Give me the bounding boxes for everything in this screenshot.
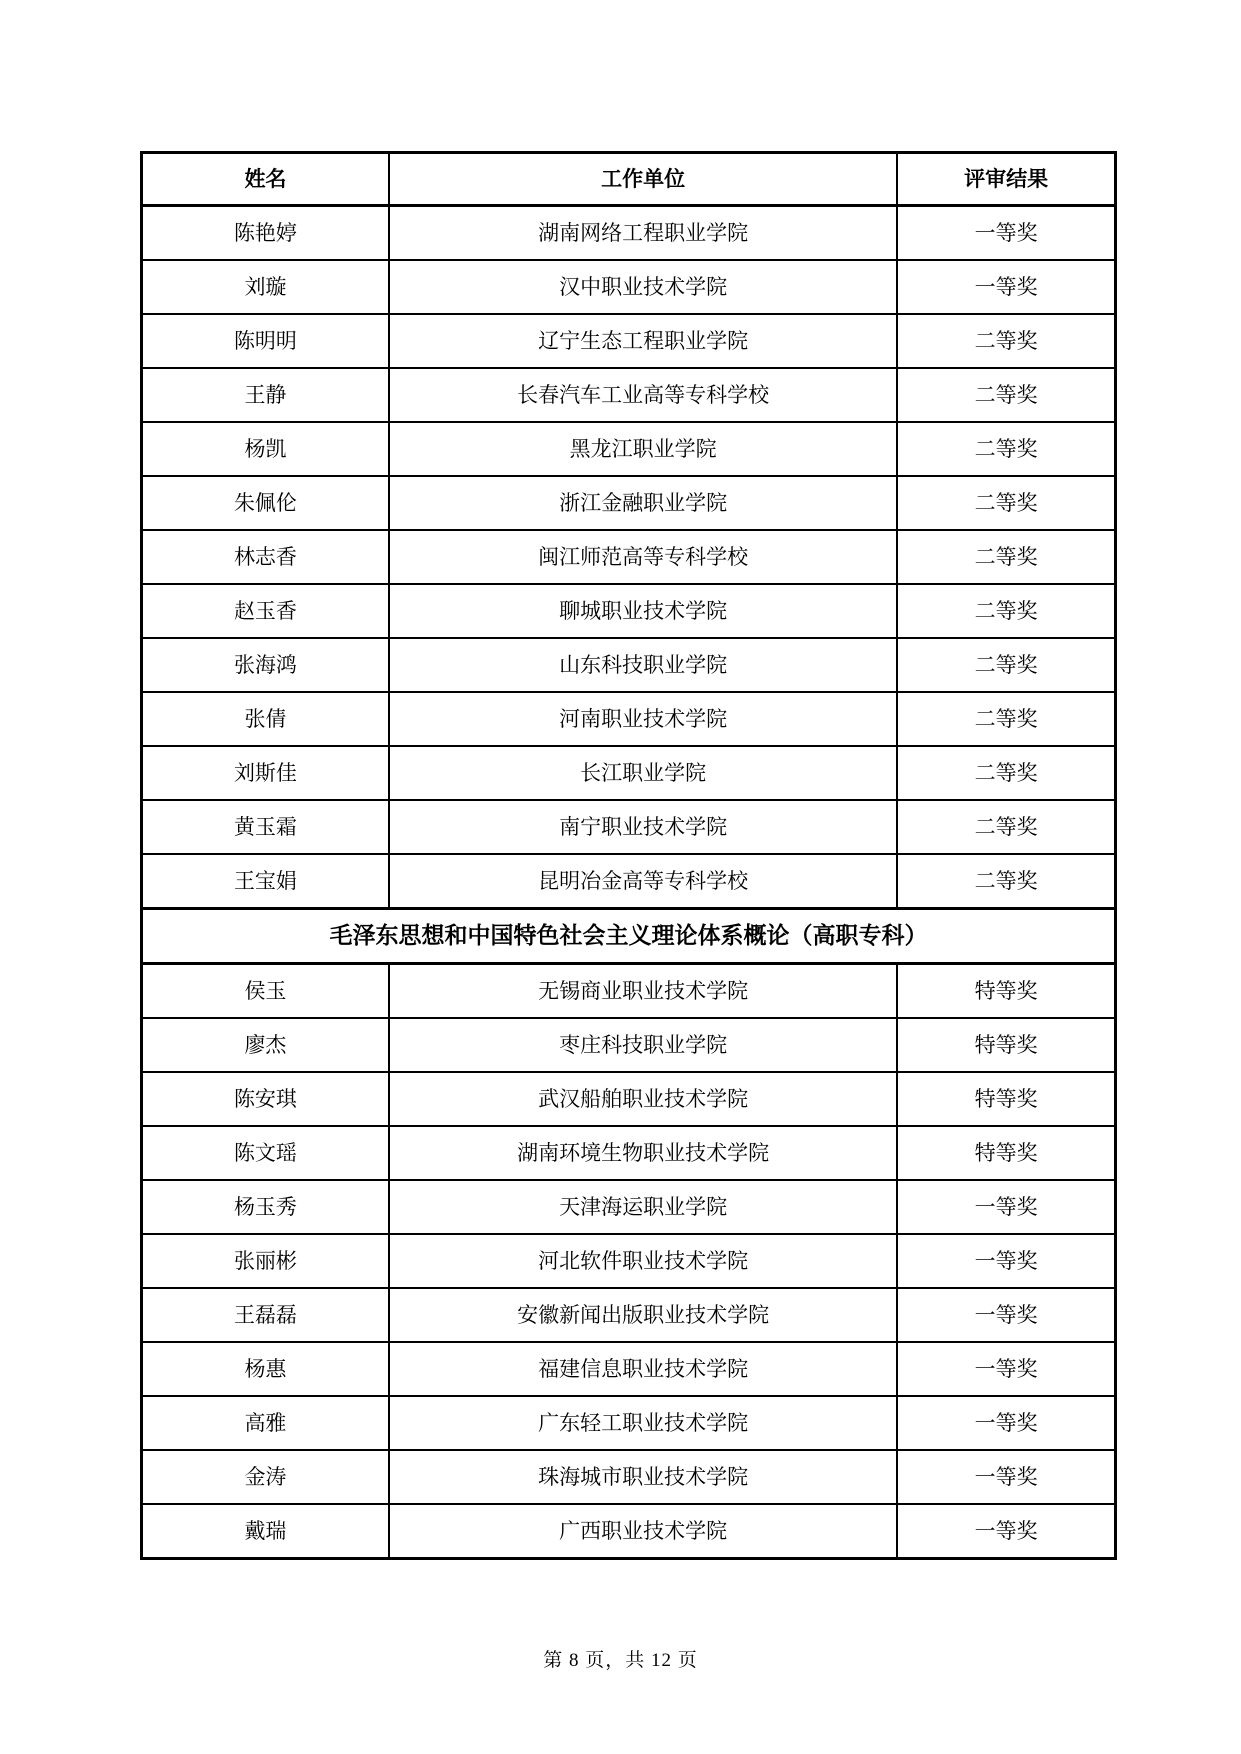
table-row: 陈明明辽宁生态工程职业学院二等奖 — [142, 314, 1116, 368]
document-page: 姓名 工作单位 评审结果 陈艳婷湖南网络工程职业学院一等奖刘璇汉中职业技术学院一… — [0, 0, 1241, 1754]
cell-review-result: 一等奖 — [897, 1396, 1115, 1450]
table-row: 杨凯黑龙江职业学院二等奖 — [142, 422, 1116, 476]
cell-name: 杨凯 — [142, 422, 389, 476]
cell-review-result: 一等奖 — [897, 1504, 1115, 1559]
cell-review-result: 二等奖 — [897, 854, 1115, 909]
cell-review-result: 一等奖 — [897, 1234, 1115, 1288]
cell-name: 张倩 — [142, 692, 389, 746]
cell-review-result: 二等奖 — [897, 692, 1115, 746]
cell-work-unit: 河南职业技术学院 — [389, 692, 897, 746]
column-header-review-result: 评审结果 — [897, 153, 1115, 206]
table-row: 王磊磊安徽新闻出版职业技术学院一等奖 — [142, 1288, 1116, 1342]
cell-name: 陈安琪 — [142, 1072, 389, 1126]
cell-work-unit: 辽宁生态工程职业学院 — [389, 314, 897, 368]
table-row: 赵玉香聊城职业技术学院二等奖 — [142, 584, 1116, 638]
table-row: 杨惠福建信息职业技术学院一等奖 — [142, 1342, 1116, 1396]
cell-name: 王宝娟 — [142, 854, 389, 909]
cell-name: 高雅 — [142, 1396, 389, 1450]
award-results-table: 姓名 工作单位 评审结果 陈艳婷湖南网络工程职业学院一等奖刘璇汉中职业技术学院一… — [140, 151, 1117, 1560]
cell-name: 陈艳婷 — [142, 206, 389, 261]
table-row: 刘斯佳长江职业学院二等奖 — [142, 746, 1116, 800]
cell-review-result: 一等奖 — [897, 1450, 1115, 1504]
cell-review-result: 特等奖 — [897, 1126, 1115, 1180]
cell-work-unit: 昆明冶金高等专科学校 — [389, 854, 897, 909]
cell-work-unit: 珠海城市职业技术学院 — [389, 1450, 897, 1504]
cell-name: 赵玉香 — [142, 584, 389, 638]
cell-review-result: 特等奖 — [897, 1072, 1115, 1126]
cell-review-result: 二等奖 — [897, 746, 1115, 800]
cell-work-unit: 湖南环境生物职业技术学院 — [389, 1126, 897, 1180]
table-row: 高雅广东轻工职业技术学院一等奖 — [142, 1396, 1116, 1450]
column-header-work-unit: 工作单位 — [389, 153, 897, 206]
cell-name: 王磊磊 — [142, 1288, 389, 1342]
cell-name: 王静 — [142, 368, 389, 422]
table-header-row: 姓名 工作单位 评审结果 — [142, 153, 1116, 206]
cell-name: 刘斯佳 — [142, 746, 389, 800]
cell-work-unit: 山东科技职业学院 — [389, 638, 897, 692]
cell-name: 杨惠 — [142, 1342, 389, 1396]
cell-name: 侯玉 — [142, 964, 389, 1019]
section-header-row: 毛泽东思想和中国特色社会主义理论体系概论（高职专科） — [142, 909, 1116, 964]
cell-work-unit: 长江职业学院 — [389, 746, 897, 800]
cell-review-result: 二等奖 — [897, 638, 1115, 692]
cell-review-result: 一等奖 — [897, 206, 1115, 261]
cell-work-unit: 天津海运职业学院 — [389, 1180, 897, 1234]
table-row: 张海鸿山东科技职业学院二等奖 — [142, 638, 1116, 692]
cell-name: 金涛 — [142, 1450, 389, 1504]
table-row: 张倩河南职业技术学院二等奖 — [142, 692, 1116, 746]
table-row: 戴瑞广西职业技术学院一等奖 — [142, 1504, 1116, 1559]
cell-work-unit: 闽江师范高等专科学校 — [389, 530, 897, 584]
cell-name: 廖杰 — [142, 1018, 389, 1072]
cell-review-result: 特等奖 — [897, 1018, 1115, 1072]
cell-review-result: 二等奖 — [897, 800, 1115, 854]
cell-work-unit: 长春汽车工业高等专科学校 — [389, 368, 897, 422]
cell-review-result: 二等奖 — [897, 476, 1115, 530]
table-row: 陈艳婷湖南网络工程职业学院一等奖 — [142, 206, 1116, 261]
cell-work-unit: 湖南网络工程职业学院 — [389, 206, 897, 261]
table-header: 姓名 工作单位 评审结果 — [142, 153, 1116, 206]
cell-name: 杨玉秀 — [142, 1180, 389, 1234]
table-row: 黄玉霜南宁职业技术学院二等奖 — [142, 800, 1116, 854]
cell-work-unit: 安徽新闻出版职业技术学院 — [389, 1288, 897, 1342]
cell-work-unit: 武汉船舶职业技术学院 — [389, 1072, 897, 1126]
table-row: 朱佩伦浙江金融职业学院二等奖 — [142, 476, 1116, 530]
cell-work-unit: 枣庄科技职业学院 — [389, 1018, 897, 1072]
cell-name: 张海鸿 — [142, 638, 389, 692]
cell-review-result: 二等奖 — [897, 314, 1115, 368]
table-row: 王静长春汽车工业高等专科学校二等奖 — [142, 368, 1116, 422]
cell-name: 刘璇 — [142, 260, 389, 314]
cell-review-result: 特等奖 — [897, 964, 1115, 1019]
cell-work-unit: 广西职业技术学院 — [389, 1504, 897, 1559]
cell-work-unit: 浙江金融职业学院 — [389, 476, 897, 530]
cell-name: 张丽彬 — [142, 1234, 389, 1288]
cell-name: 林志香 — [142, 530, 389, 584]
table-row: 王宝娟昆明冶金高等专科学校二等奖 — [142, 854, 1116, 909]
cell-review-result: 二等奖 — [897, 422, 1115, 476]
cell-work-unit: 聊城职业技术学院 — [389, 584, 897, 638]
cell-work-unit: 南宁职业技术学院 — [389, 800, 897, 854]
cell-work-unit: 广东轻工职业技术学院 — [389, 1396, 897, 1450]
cell-review-result: 二等奖 — [897, 530, 1115, 584]
cell-work-unit: 黑龙江职业学院 — [389, 422, 897, 476]
section-header-title: 毛泽东思想和中国特色社会主义理论体系概论（高职专科） — [142, 909, 1116, 964]
table-row: 林志香闽江师范高等专科学校二等奖 — [142, 530, 1116, 584]
cell-review-result: 一等奖 — [897, 1342, 1115, 1396]
table-row: 刘璇汉中职业技术学院一等奖 — [142, 260, 1116, 314]
cell-review-result: 一等奖 — [897, 1288, 1115, 1342]
table-row: 张丽彬河北软件职业技术学院一等奖 — [142, 1234, 1116, 1288]
page-footer: 第 8 页，共 12 页 — [0, 1645, 1241, 1672]
table-body: 陈艳婷湖南网络工程职业学院一等奖刘璇汉中职业技术学院一等奖陈明明辽宁生态工程职业… — [142, 206, 1116, 1559]
column-header-name: 姓名 — [142, 153, 389, 206]
cell-name: 陈明明 — [142, 314, 389, 368]
cell-name: 陈文瑶 — [142, 1126, 389, 1180]
cell-review-result: 一等奖 — [897, 1180, 1115, 1234]
cell-work-unit: 汉中职业技术学院 — [389, 260, 897, 314]
table-row: 侯玉无锡商业职业技术学院特等奖 — [142, 964, 1116, 1019]
table-row: 廖杰枣庄科技职业学院特等奖 — [142, 1018, 1116, 1072]
table-row: 陈安琪武汉船舶职业技术学院特等奖 — [142, 1072, 1116, 1126]
cell-name: 戴瑞 — [142, 1504, 389, 1559]
cell-work-unit: 河北软件职业技术学院 — [389, 1234, 897, 1288]
cell-name: 朱佩伦 — [142, 476, 389, 530]
cell-work-unit: 福建信息职业技术学院 — [389, 1342, 897, 1396]
cell-review-result: 二等奖 — [897, 584, 1115, 638]
table-row: 杨玉秀天津海运职业学院一等奖 — [142, 1180, 1116, 1234]
table-row: 金涛珠海城市职业技术学院一等奖 — [142, 1450, 1116, 1504]
table-row: 陈文瑶湖南环境生物职业技术学院特等奖 — [142, 1126, 1116, 1180]
cell-review-result: 一等奖 — [897, 260, 1115, 314]
cell-review-result: 二等奖 — [897, 368, 1115, 422]
cell-name: 黄玉霜 — [142, 800, 389, 854]
cell-work-unit: 无锡商业职业技术学院 — [389, 964, 897, 1019]
